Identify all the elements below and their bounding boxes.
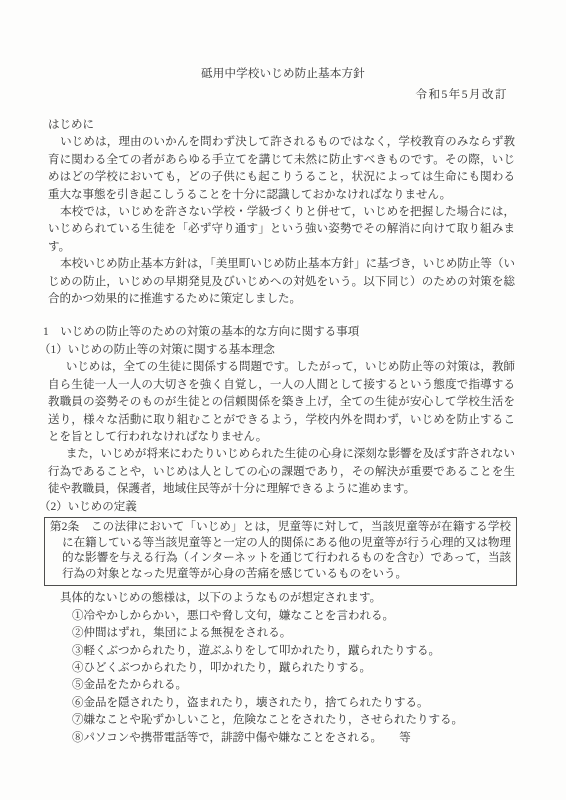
document-body: はじめに いじめは，理由のいかんを問わず決して許されるものではなく，学校教育のみ…: [0, 117, 566, 747]
law-article-2-text: 第2条 この法律において「いじめ」とは，児童等に対して，当該児童等が在籍する学校…: [50, 520, 511, 582]
example-item-8: ⑧パソコンや携帯電話等で，誹謗中傷や嫌なことをされる。 等: [72, 730, 515, 747]
intro-paragraph-2: 本校では，いじめを許さない学校・学級づくりと併せて，いじめを把握した場合には，い…: [48, 204, 515, 256]
example-item-1: ①冷やかしからかい，悪口や脅し文句，嫌なことを言われる。: [72, 608, 515, 625]
examples-intro: 具体的ないじめの態様は，以下のようなものが想定されます。: [48, 590, 515, 607]
section-1-1-heading: （1）いじめの防止等の対策に関する基本理念: [39, 342, 515, 359]
example-item-7: ⑦嫌なことや恥ずかしいこと，危険なことをされたり，させられたりする。: [72, 712, 515, 729]
section-1-1-paragraph-1: いじめは，全ての生徒に関係する問題です。したがって，いじめ防止等の対策は，教師自…: [48, 359, 515, 446]
intro-paragraph-3: 本校いじめ防止基本方針は，「美里町いじめ防止基本方針」に基づき，いじめ防止等（い…: [48, 256, 515, 308]
example-item-2: ②仲間はずれ，集団による無視をされる。: [72, 625, 515, 642]
law-article-2-box: 第2条 この法律において「いじめ」とは，児童等に対して，当該児童等が在籍する学校…: [44, 517, 517, 586]
intro-heading: はじめに: [48, 117, 515, 134]
intro-paragraph-1: いじめは，理由のいかんを問わず決して許されるものではなく，学校教育のみならず教育…: [48, 134, 515, 204]
example-item-5: ⑤金品をたかられる。: [72, 677, 515, 694]
bullying-examples-list: ①冷やかしからかい，悪口や脅し文句，嫌なことを言われる。 ②仲間はずれ，集団によ…: [72, 608, 515, 747]
example-item-6: ⑥金品を隠されたり，盗まれたり，壊されたり，捨てられたりする。: [72, 695, 515, 712]
section-1-heading: 1 いじめの防止等のための対策の基本的な方向に関する事項: [43, 324, 515, 341]
document-title: 砥用中学校いじめ防止基本方針: [0, 66, 566, 83]
section-1-2-heading: （2）いじめの定義: [39, 499, 515, 516]
example-item-3: ③軽くぶつかられたり，遊ぶふりをして叩かれたり，蹴られたりする。: [72, 643, 515, 660]
example-item-4: ④ひどくぶつかられたり，叩かれたり，蹴られたりする。: [72, 660, 515, 677]
section-1-1-paragraph-2: また，いじめが将来にわたりいじめられた生徒の心身に深刻な影響を及ぼす許されない行…: [48, 446, 515, 498]
revision-date: 令和5年5月改訂: [0, 87, 566, 104]
scanned-document-page: 砥用中学校いじめ防止基本方針 令和5年5月改訂 はじめに いじめは，理由のいかん…: [0, 0, 566, 800]
